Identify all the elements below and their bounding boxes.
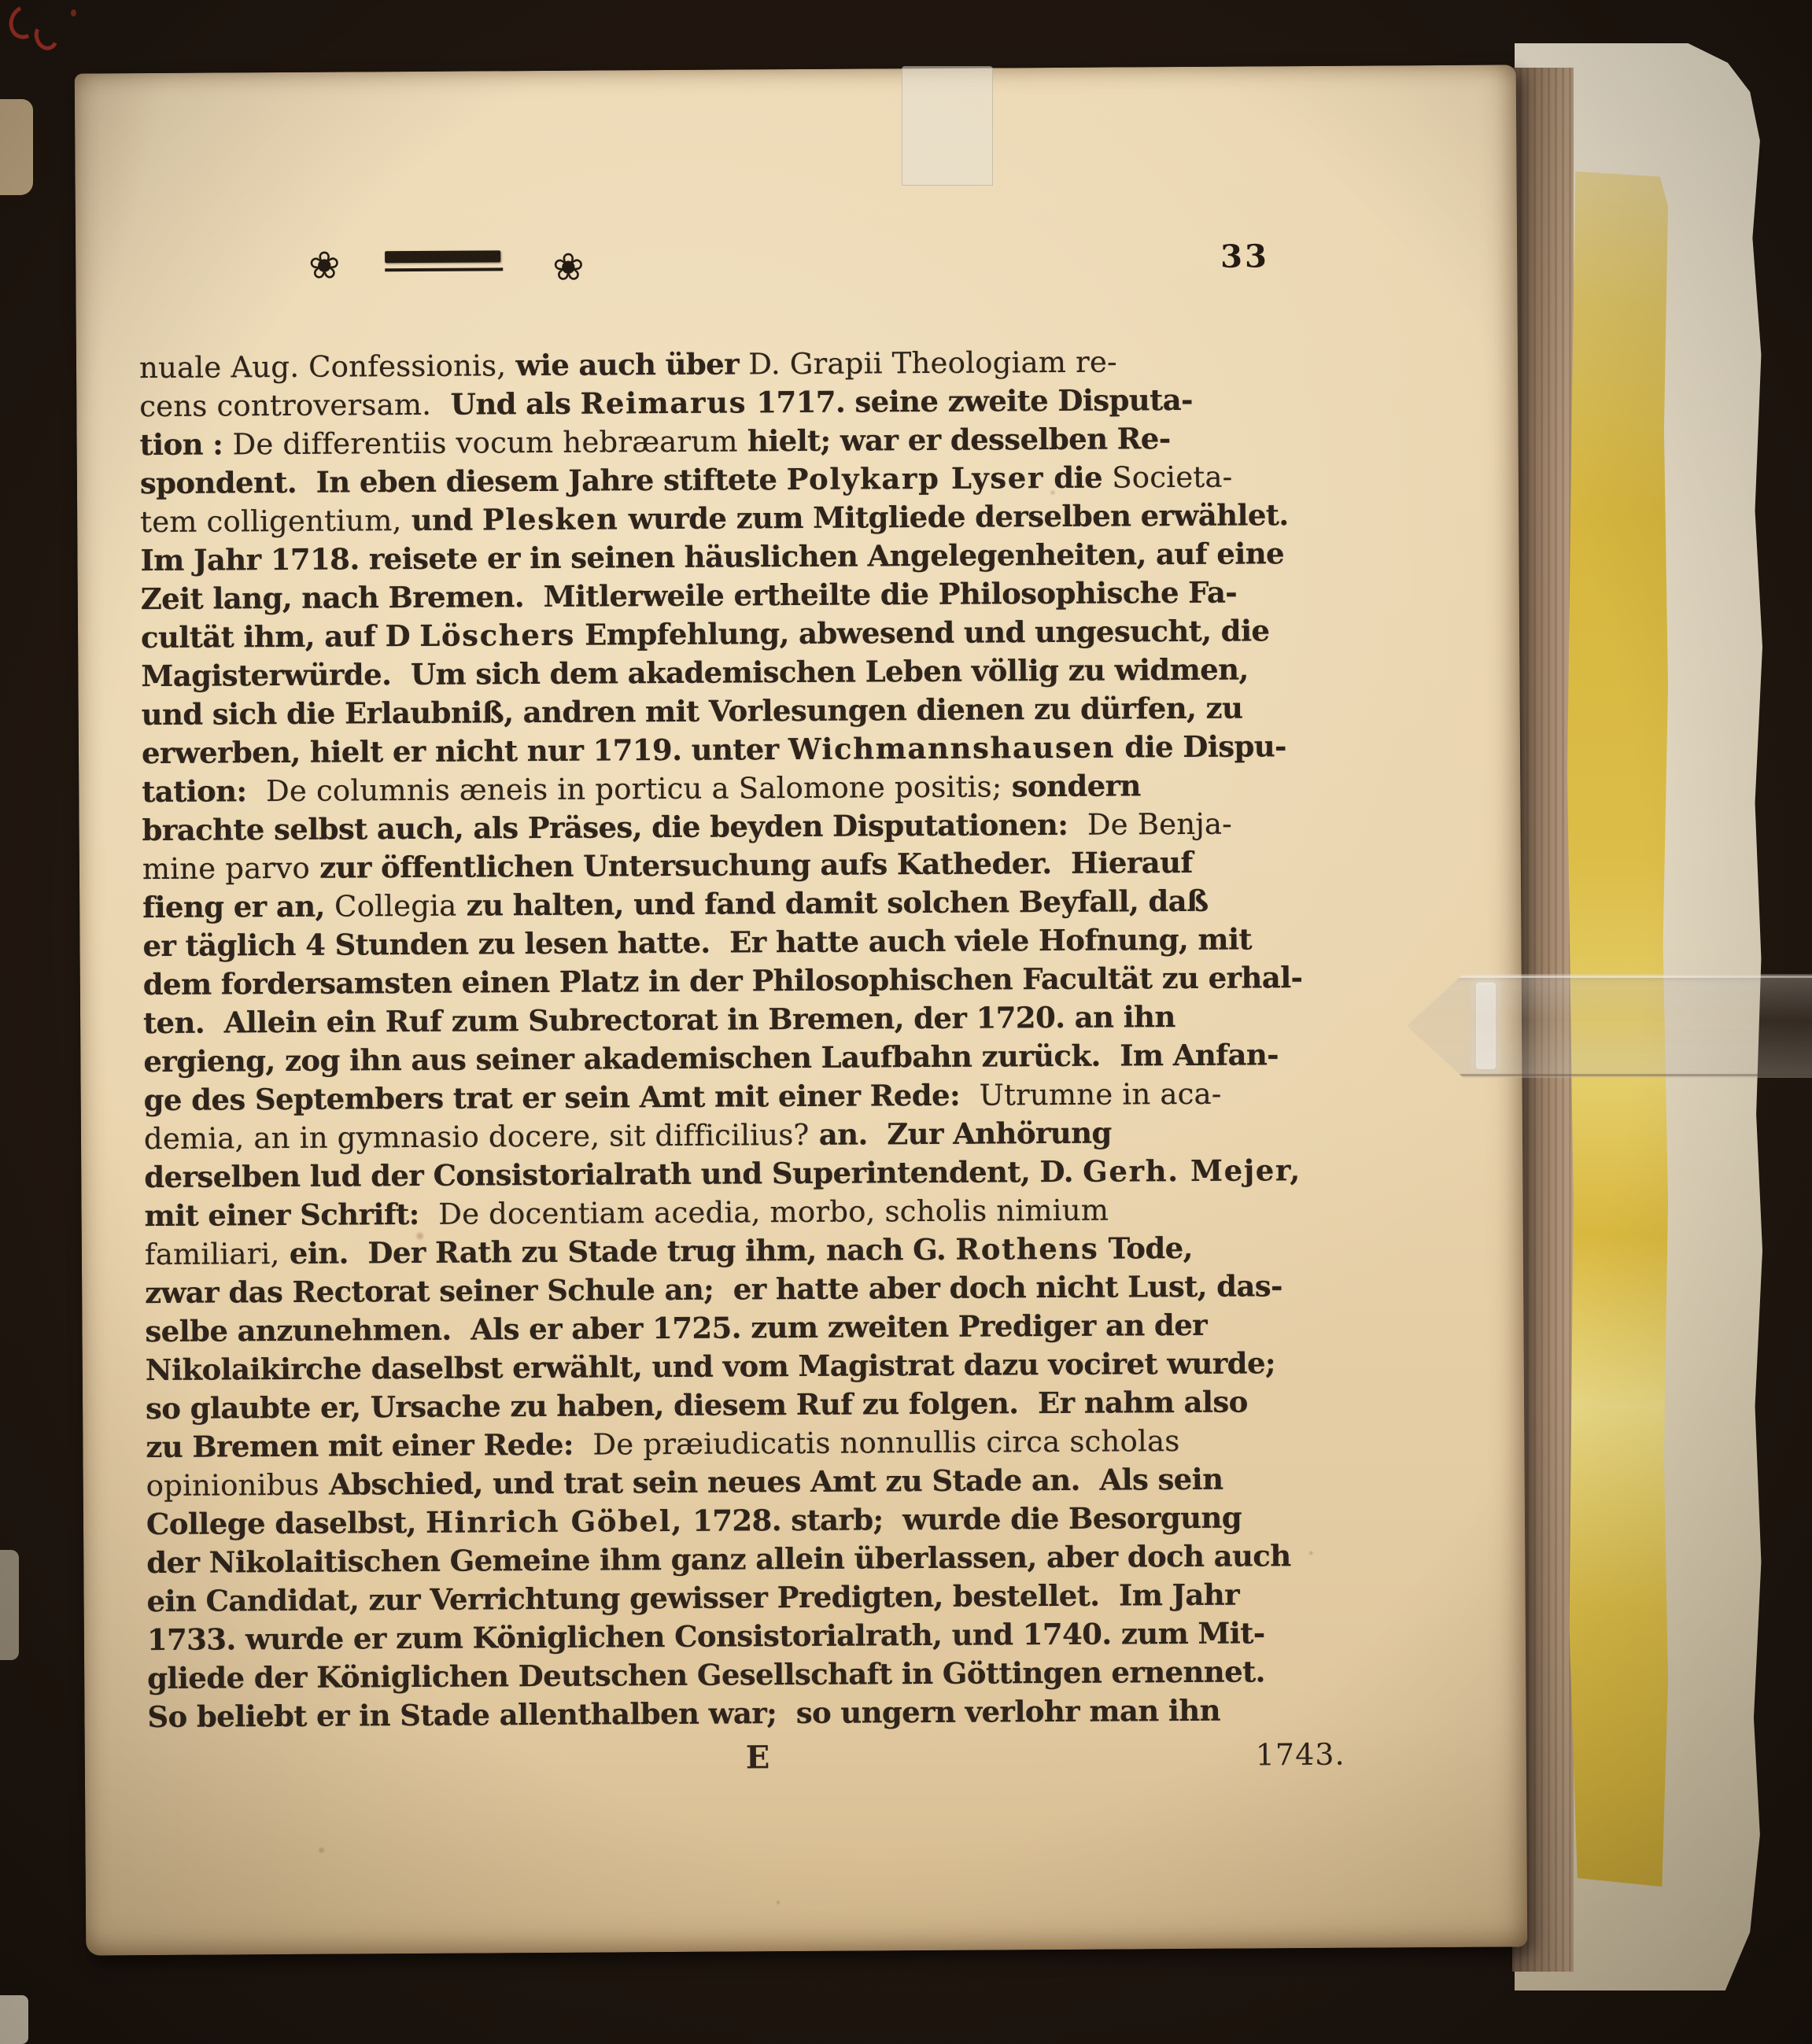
header-rule-thin-bar — [385, 267, 503, 271]
red-ink-mark — [71, 9, 76, 17]
text-segment: so glaubte er, Ursache zu haben, diesem … — [146, 1385, 1248, 1426]
text-segment: Wichmannshausen — [788, 730, 1115, 767]
text-segment: 1717. seine zweite Disputa- — [747, 382, 1193, 419]
text-segment: Tode, — [1098, 1230, 1193, 1266]
text-segment: derselben lud der Consistorialrath und S… — [144, 1154, 1083, 1194]
clip-top-edge — [1448, 976, 1812, 978]
text-segment: tion : — [139, 426, 232, 462]
text-segment: College daselbst, — [146, 1505, 426, 1541]
text-segment: an. Zur Anhörung — [809, 1116, 1112, 1152]
clip-glint-highlight — [1476, 983, 1496, 1070]
text-segment: Reimarus — [580, 385, 747, 420]
text-segment: 1728. starb; wurde die Besorgung — [683, 1500, 1242, 1538]
text-segment: er täglich 4 Stunden zu lesen hatte. Er … — [142, 921, 1252, 963]
text-segment: hielt; war er desselben Re- — [738, 421, 1171, 458]
text-segment: Utrumne in aca- — [979, 1077, 1221, 1112]
text-segment: Societa- — [1112, 460, 1232, 495]
text-segment: zu halten, und fand damit solchen Beyfal… — [456, 884, 1208, 923]
signature-mark: E — [746, 1739, 770, 1776]
text-segment: wurde zum Mitgliede derselben erwählet. — [618, 497, 1288, 536]
text-segment: die — [1044, 460, 1113, 496]
text-segment: ein. Der Rath zu Stade trug ihm, nach G. — [279, 1232, 955, 1271]
text-segment: brachte selbst auch, als Präses, die bey… — [142, 807, 1087, 847]
text-segment: Plesken — [482, 501, 619, 537]
text-segment: Rothens — [955, 1231, 1098, 1267]
text-segment: De præiudicatis nonnullis circa scholas — [592, 1424, 1179, 1462]
text-segment: Abschied, und trat sein neues Amt zu Sta… — [319, 1462, 1223, 1502]
text-segment: und sich die Erlaubniß, andren mit Vorle… — [142, 691, 1243, 732]
text-segment: mine parvo — [142, 851, 310, 886]
text-segment: zu Bremen mit einer Rede: — [146, 1427, 592, 1464]
text-line: ge des Septembers trat er sein Amt mit e… — [144, 1074, 1315, 1120]
text-segment: und — [401, 502, 482, 537]
text-line: So beliebt er in Stade allenthalben war;… — [147, 1691, 1318, 1736]
text-block: nuale Aug. Confessionis, wie auch über D… — [139, 341, 1319, 1736]
underlying-page-sliver-left — [0, 1550, 19, 1660]
text-segment: erwerben, hielt er nicht nur 1719. unter — [142, 732, 788, 770]
text-segment: tem colligentium, — [140, 504, 402, 539]
text-line: derselben lud der Consistorialrath und S… — [144, 1151, 1315, 1197]
text-segment: Und als — [431, 386, 581, 422]
text-segment: Nikolaikirche daselbst erwählt, und vom … — [146, 1345, 1275, 1387]
text-segment: De Benja- — [1087, 807, 1232, 842]
text-segment: cens controversam. — [139, 388, 431, 423]
catchword: 1743. — [1256, 1737, 1345, 1773]
underlying-page-sliver-bottom-left — [0, 1995, 28, 2044]
page-number: 33 — [1220, 238, 1269, 275]
rosette-ornament-icon: ❀ — [308, 247, 341, 285]
text-segment: Magisterwürde. Um sich dem akademischen … — [141, 652, 1249, 694]
text-segment: Empfehlung, abwesend und ungesucht, die — [575, 613, 1270, 651]
text-segment: ten. Allein ein Ruf zum Subrectorat in B… — [143, 999, 1175, 1040]
red-ink-marks — [5, 2, 91, 65]
text-segment: Löschers — [419, 618, 575, 653]
text-segment: De columnis æneis in porticu a Salomone … — [266, 769, 1002, 808]
text-segment: Collegia — [334, 889, 457, 924]
text-segment: dem fordersamsten einen Platz in der Phi… — [143, 960, 1303, 1002]
text-segment: familiari, — [145, 1237, 280, 1271]
header-rule — [385, 250, 503, 271]
text-segment: tation: — [142, 773, 266, 809]
text-segment: der Nikolaitischen Gemeine ihm ganz alle… — [146, 1538, 1291, 1580]
text-segment: Hinrich Göbel, — [426, 1503, 683, 1540]
text-segment: cultät ihm, auf D — [141, 618, 419, 655]
text-segment: So beliebt er in Stade allenthalben war;… — [147, 1693, 1220, 1734]
text-segment: ergieng, zog ihn aus seiner akademischen… — [143, 1037, 1279, 1079]
text-segment: ge des Septembers trat er sein Amt mit e… — [144, 1078, 980, 1117]
underlying-page-sliver-top-left — [0, 99, 33, 195]
text-segment: spondent. In eben diesem Jahre stiftete — [140, 462, 787, 500]
text-segment: De docentiam acedia, morbo, scholis nimi… — [438, 1194, 1109, 1231]
text-segment: De differentiis vocum hebræarum — [232, 424, 737, 461]
text-segment: wie auch über — [506, 346, 748, 382]
text-segment: gliede der Königlichen Deutschen Gesells… — [147, 1654, 1265, 1695]
text-segment: zwar das Rectorat seiner Schule an; er h… — [145, 1268, 1282, 1310]
text-segment: Gerh. Mejer, — [1083, 1153, 1301, 1189]
book-page: ❀ ❀ 33 nuale Aug. Confessionis, wie auch… — [75, 65, 1528, 1955]
text-segment: opinionibus — [146, 1468, 319, 1503]
text-segment: zur öffentlichen Untersuchung aufs Kathe… — [310, 845, 1193, 885]
text-segment: sondern — [1002, 768, 1141, 803]
plastic-tab-top — [902, 66, 993, 186]
rosette-ornament-icon: ❀ — [552, 249, 585, 286]
text-segment: 1733. wurde er zum Königlichen Consistor… — [147, 1615, 1265, 1657]
header-rule-thick-bar — [385, 250, 500, 263]
clip-bottom-edge — [1448, 1074, 1812, 1076]
text-segment: nuale Aug. Confessionis, — [139, 349, 507, 385]
text-segment: selbe anzunehmen. Als er aber 1725. zum … — [145, 1308, 1207, 1349]
text-segment: Im Jahr 1718. reisete er in seinen häusl… — [140, 536, 1284, 577]
text-segment: Polykarp Lyser — [787, 460, 1045, 496]
plastic-page-clip — [1407, 974, 1812, 1078]
scanned-book-photo: ❀ ❀ 33 nuale Aug. Confessionis, wie auch… — [0, 0, 1812, 2044]
text-segment: die Dispu- — [1115, 729, 1286, 764]
text-segment: demia, an in gymnasio docere, sit diffic… — [144, 1118, 810, 1156]
text-segment: Zeit lang, nach Bremen. Mitlerweile erth… — [141, 575, 1237, 617]
text-segment: D. Grapii Theologiam re- — [748, 345, 1117, 382]
text-segment: ein Candidat, zur Verrichtung gewisser P… — [146, 1577, 1239, 1618]
page-header: ❀ ❀ 33 — [76, 233, 1517, 308]
text-segment: mit einer Schrift: — [144, 1197, 438, 1233]
text-segment: fieng er an, — [142, 889, 334, 924]
